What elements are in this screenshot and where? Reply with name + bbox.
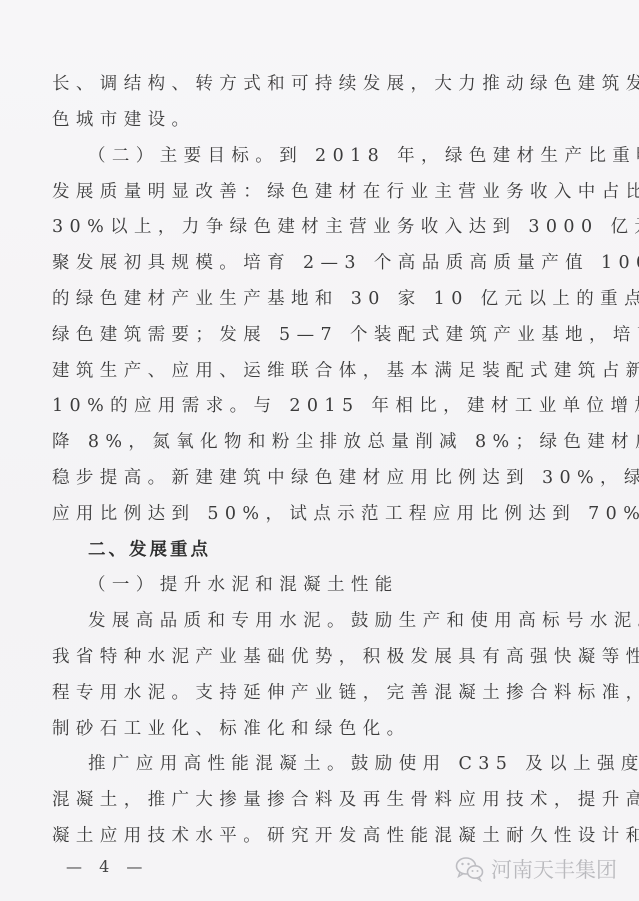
page-number: — 4 — [66, 852, 148, 882]
text-line: 降 8%，氮氧化物和粉尘排放总量削减 8%；绿色建材应用占比 [52, 424, 592, 460]
text-line: 的绿色建材产业生产基地和 30 家 10 亿元以上的重点企业，满足 [52, 281, 592, 317]
document-page: 长、调结构、转方式和可持续发展，大力推动绿色建筑发展、绿 色城市建设。 （二）主… [0, 0, 639, 901]
text-line: 绿色建筑需要；发展 5—7 个装配式建筑产业基地，培育装配式 [52, 317, 592, 353]
text-line: 推广应用高性能混凝土。鼓励使用 C35 及以上强度等级预拌 [88, 746, 592, 782]
section-goals-line: （二）主要目标。到 2018 年，绿色建材生产比重明显提升， [88, 138, 592, 174]
text-line: 聚发展初具规模。培育 2—3 个高品质高质量产值 100 亿元以上 [52, 245, 592, 281]
text-line: 发展高品质和专用水泥。鼓励生产和使用高标号水泥。依托 [88, 603, 592, 639]
text-line: 我省特种水泥产业基础优势，积极发展具有高强快凝等性能的工 [52, 639, 592, 675]
wechat-icon [455, 856, 485, 882]
text-line: 程专用水泥。支持延伸产业链，完善混凝土掺合料标准，加快机 [52, 675, 592, 711]
text-line: 稳步提高。新建建筑中绿色建材应用比例达到 30%，绿色建筑 [52, 460, 592, 496]
text-line: 应用比例达到 50%，试点示范工程应用比例达到 70%。 [52, 496, 592, 532]
text-line: 凝土应用技术水平。研究开发高性能混凝土耐久性设计和评价技 [52, 818, 592, 854]
section-heading: 二、发展重点 [88, 532, 592, 568]
subsection-heading: （一）提升水泥和混凝土性能 [88, 567, 592, 603]
watermark-text: 河南天丰集团 [491, 854, 617, 884]
text-line: 混凝土，推广大掺量掺合料及再生骨料应用技术，提升高性能混 [52, 782, 592, 818]
watermark: 河南天丰集团 [455, 852, 617, 886]
text-line: 制砂石工业化、标准化和绿色化。 [52, 711, 592, 747]
text-line: 色城市建设。 [52, 102, 592, 138]
text-line: 10%的应用需求。与 2015 年相比，建材工业单位增加值能耗下 [52, 388, 592, 424]
text-line: 长、调结构、转方式和可持续发展，大力推动绿色建筑发展、绿 [52, 66, 592, 102]
text-line: 发展质量明显改善：绿色建材在行业主营业务收入中占比提高到 [52, 174, 592, 210]
text-line: 建筑生产、应用、运维联合体，基本满足装配式建筑占新建建筑 [52, 353, 592, 389]
text-line: 30%以上，力争绿色建材主营业务收入达到 3000 亿元。产业集 [52, 209, 592, 245]
